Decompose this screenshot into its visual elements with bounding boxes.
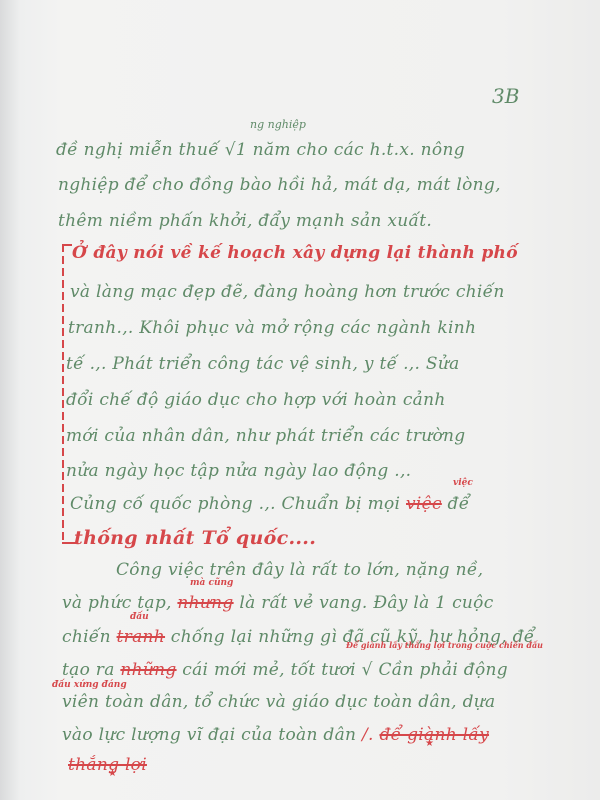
left-margin-insertion: đấu xứng đáng [52, 680, 127, 690]
struck-word: để giành lấy [379, 725, 489, 745]
text-line-1: đề nghị miễn thuế √1 năm cho các h.t.x. … [56, 140, 465, 160]
text-line-5: và làng mạc đẹp đẽ, đàng hoàng hơn trước… [70, 282, 505, 302]
line-11-text: Củng cố quốc phòng .,. Chuẩn bị mọi [70, 494, 400, 514]
page-number: 3B [492, 84, 519, 108]
text-line-13: Công việc trên đây là rất to lớn, nặng n… [116, 560, 483, 580]
caret-mark: √ [362, 660, 373, 680]
margin-bracket-side [62, 244, 64, 544]
insertion-above-line-14: mà cũng [190, 578, 233, 588]
star-mark: ★ [425, 738, 434, 749]
line-16-before: tạo ra [62, 660, 115, 680]
text-line-3: thêm niềm phấn khởi, đẩy mạnh sản xuất. [58, 211, 432, 231]
text-line-7: tế .,. Phát triển công tác vệ sinh, y tế… [66, 354, 460, 374]
handwritten-page: 3B ng nghiệp đề nghị miễn thuế √1 năm ch… [0, 0, 600, 800]
line-16-after: Cần phải động [378, 660, 507, 680]
insertion-above-line-11: việc [453, 478, 473, 488]
struck-word: những [120, 660, 176, 680]
text-line-4-red: Ở đây nói về kế hoạch xây dựng lại thành… [72, 243, 518, 263]
caret-insertion-note: Để giành lấy thắng lợi trong cuộc chiến … [346, 640, 543, 650]
line-11-after: để [448, 494, 470, 514]
text-line-12-red: thống nhất Tổ quốc.... [74, 527, 316, 549]
text-line-6: tranh.,. Khôi phục và mở rộng các ngành … [68, 318, 476, 338]
insertion-above-line-1: ng nghiệp [250, 118, 306, 131]
line-14-after: là rất vẻ vang. Đây là 1 cuộc [239, 593, 493, 613]
line-18-before: vào lực lượng vĩ đại của toàn dân [62, 725, 356, 745]
insertion-above-line-15: đấu [130, 612, 149, 622]
text-line-11: Củng cố quốc phòng .,. Chuẩn bị mọi việc… [70, 494, 470, 514]
text-line-16: tạo ra những cái mới mẻ, tốt tươi √ Cần … [62, 660, 508, 680]
struck-word: nhưng [177, 593, 233, 613]
text-line-8: đổi chế độ giáo dục cho hợp với hoàn cản… [66, 390, 446, 410]
slash-mark: /. [362, 725, 374, 745]
text-line-9: mới của nhân dân, như phát triển các trư… [66, 426, 465, 446]
line-15-before: chiến [62, 627, 111, 647]
line-16-mid: cái mới mẻ, tốt tươi [182, 660, 356, 680]
struck-word: tranh [117, 627, 166, 647]
text-line-14: và phức tạp, nhưng là rất vẻ vang. Đây l… [62, 593, 494, 613]
text-line-2: nghiệp để cho đồng bào hồi hả, mát dạ, m… [58, 175, 501, 195]
text-line-10: nửa ngày học tập nửa ngày lao động .,. [66, 461, 411, 481]
text-line-17: viên toàn dân, tổ chức và giáo dục toàn … [62, 692, 495, 712]
struck-word: việc [406, 494, 442, 514]
line-14-before: và phức tạp, [62, 593, 172, 613]
star-mark: ★ [108, 768, 117, 779]
